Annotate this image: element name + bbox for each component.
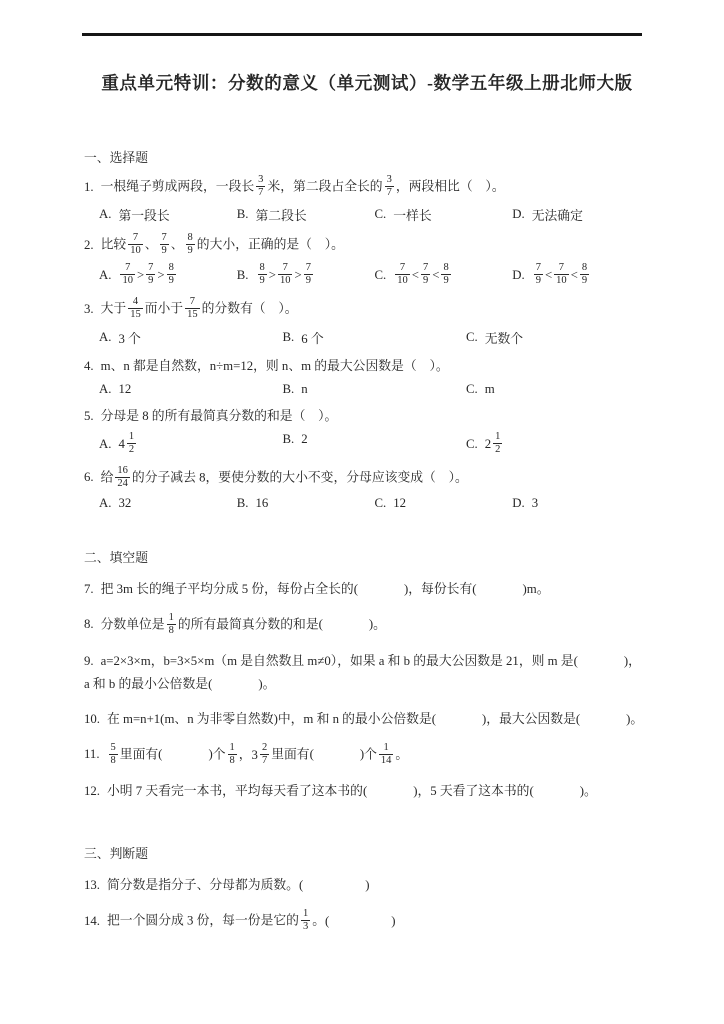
blank-open-paren: ( — [574, 654, 578, 668]
option-label: D. — [512, 496, 524, 511]
option: D.79<710<89 — [512, 263, 650, 288]
question: 1.一根绳子剪成两段，一段长37米，第二段占全长的37，两段相比（ ）。 — [84, 175, 650, 200]
question-number: 12. — [84, 784, 100, 798]
blank-close-paren: ) — [391, 914, 395, 928]
fraction-denominator: 14 — [379, 754, 394, 767]
text-run: 2 — [301, 432, 307, 447]
option-label: B. — [282, 432, 294, 447]
option: C.710<79<89 — [375, 263, 513, 288]
text-run: > — [269, 268, 276, 283]
fraction-numerator: 7 — [421, 262, 430, 274]
fraction-numerator: 3 — [385, 174, 394, 186]
text-run: 、 — [145, 238, 158, 252]
question: 2.比较710、79、89的大小，正确的是（ ）。 — [84, 233, 650, 258]
text-run: 大于 — [101, 302, 127, 316]
question-number: 9. — [84, 654, 94, 668]
fraction: 89 — [580, 262, 589, 287]
option-label: C. — [375, 268, 387, 283]
blank-open-paren: ( — [319, 617, 323, 631]
option: B.6 个 — [282, 328, 465, 347]
option-label: D. — [512, 207, 524, 222]
answer-blank: () — [310, 747, 365, 761]
option: D.无法确定 — [512, 205, 650, 224]
option: C.一样长 — [375, 205, 513, 224]
question-number: 8. — [84, 617, 94, 631]
question: 4.m、n 都是自然数，n÷m=12，则 n、m 的最大公因数是（ ）。 — [84, 356, 650, 377]
option: A.32 — [99, 496, 237, 511]
fraction-numerator: 2 — [260, 742, 269, 754]
text-run: 。 — [584, 784, 597, 798]
question: 3.大于415而小于715的分数有（ ）。 — [84, 297, 650, 322]
question-number: 11. — [84, 747, 100, 761]
options-row: A.412B.2C.212 — [84, 432, 650, 457]
text-run: a=2×3×m，b=3×5×m（m 是自然数且 m≠0），如果 a 和 b 的最… — [101, 654, 574, 668]
fraction: 79 — [160, 232, 169, 257]
fraction-numerator: 7 — [160, 232, 169, 244]
answer-blank: () — [319, 617, 374, 631]
blank-close-paren: ) — [365, 878, 369, 892]
option: B.16 — [237, 496, 375, 511]
fraction-denominator: 10 — [128, 244, 143, 257]
text-run: 里面有 — [120, 747, 158, 761]
text-run: 在 m=n+1(m、n 为非零自然数)中，m 和 n 的最小公倍数是 — [107, 712, 432, 726]
answer-blank: () — [472, 582, 527, 596]
fraction-denominator: 9 — [167, 274, 176, 287]
fraction-numerator: 3 — [256, 174, 265, 186]
question: 10.在 m=n+1(m、n 为非零自然数)中，m 和 n 的最小公倍数是()，… — [84, 708, 650, 731]
text-run: 。 — [312, 914, 325, 928]
mixed-number: 327 — [252, 743, 272, 768]
fraction: 79 — [421, 262, 430, 287]
text-run: < — [432, 268, 439, 283]
blank-open-paren: ( — [325, 914, 329, 928]
fraction-numerator: 7 — [131, 232, 140, 244]
fraction-numerator: 7 — [557, 262, 566, 274]
blank-open-paren: ( — [310, 747, 314, 761]
text-run: 12 — [118, 382, 131, 397]
text-run: 3 — [532, 496, 538, 511]
fraction: 12 — [493, 431, 502, 456]
text-run: 、 — [171, 238, 184, 252]
page-body: 重点单元特训：分数的意义（单元测试）-数学五年级上册北师大版 一、选择题1.一根… — [0, 0, 724, 934]
section-choice: 一、选择题1.一根绳子剪成两段，一段长37米，第二段占全长的37，两段相比（ ）… — [84, 147, 650, 511]
option-label: B. — [237, 268, 249, 283]
option: C.无数个 — [466, 328, 649, 347]
text-run: ， — [628, 654, 641, 668]
fraction: 58 — [109, 742, 118, 767]
option-label: B. — [282, 330, 294, 345]
fraction-numerator: 16 — [115, 465, 130, 477]
text-run: 3 个 — [118, 328, 140, 347]
fraction-numerator: 7 — [304, 262, 313, 274]
option-label: A. — [99, 496, 111, 511]
fraction-denominator: 24 — [115, 477, 130, 490]
fraction: 18 — [228, 742, 237, 767]
section-fill: 二、填空题7.把 3m 长的绳子平均分成 5 份，每份占全长的()，每份长有()… — [84, 547, 650, 803]
text-run: 的分数有（ ）。 — [202, 302, 298, 316]
option: C.m — [466, 382, 649, 397]
fraction-denominator: 9 — [146, 274, 155, 287]
text-run: 分数单位是 — [101, 617, 165, 631]
question-number: 3. — [84, 302, 94, 316]
fraction-numerator: 4 — [131, 296, 140, 308]
option-label: C. — [466, 382, 478, 397]
option: D.3 — [512, 496, 650, 511]
fraction-numerator: 8 — [167, 262, 176, 274]
text-run: 把一个圆分成 3 份，每一份是它的 — [107, 914, 299, 928]
question-number: 1. — [84, 180, 94, 194]
section-heading: 二、填空题 — [84, 547, 650, 566]
text-run: 小明 7 天看完一本书，平均每天看了这本书的 — [107, 784, 363, 798]
text-run: > — [294, 268, 301, 283]
fraction-numerator: 7 — [146, 262, 155, 274]
blank-open-paren: ( — [299, 878, 303, 892]
fraction-denominator: 9 — [258, 274, 267, 287]
fraction-denominator: 2 — [127, 443, 136, 456]
fraction-numerator: 5 — [109, 742, 118, 754]
option: B.n — [282, 382, 465, 397]
fraction: 12 — [127, 431, 136, 456]
fraction-denominator: 15 — [128, 308, 143, 321]
answer-blank: () — [208, 677, 263, 691]
question-number: 5. — [84, 409, 94, 423]
fraction-numerator: 1 — [382, 742, 391, 754]
worksheet-content: 一、选择题1.一根绳子剪成两段，一段长37米，第二段占全长的37，两段相比（ ）… — [84, 147, 650, 934]
text-run: 而小于 — [145, 302, 183, 316]
fraction-denominator: 9 — [304, 274, 313, 287]
options-row: A.第一段长B.第二段长C.一样长D.无法确定 — [84, 205, 650, 224]
question-number: 10. — [84, 712, 100, 726]
fraction-numerator: 7 — [281, 262, 290, 274]
question: 12.小明 7 天看完一本书，平均每天看了这本书的()，5 天看了这本书的()。 — [84, 780, 650, 803]
top-rule — [82, 33, 642, 36]
options-row: A.12B.nC.m — [84, 382, 650, 397]
fraction-denominator: 15 — [185, 308, 200, 321]
text-run: ，5 天看了这本书的 — [417, 784, 529, 798]
section-heading: 一、选择题 — [84, 147, 650, 166]
answer-blank: () — [574, 654, 629, 668]
fraction: 710 — [554, 262, 569, 287]
question-number: 13. — [84, 878, 100, 892]
answer-blank: () — [363, 784, 418, 798]
fraction-denominator: 2 — [493, 443, 502, 456]
text-run: 。 — [263, 677, 276, 691]
question-number: 4. — [84, 359, 94, 373]
text-run: 简分数是指分子、分母都为质数。 — [107, 878, 299, 892]
fraction-denominator: 9 — [186, 244, 195, 257]
text-run: 的分子减去 8，要使分数的大小不变，分母应该变成（ ）。 — [132, 470, 468, 484]
fraction-numerator: 8 — [186, 232, 195, 244]
fraction-numerator: 1 — [167, 612, 176, 624]
fraction-numerator: 1 — [301, 908, 310, 920]
text-run: ，两段相比（ ）。 — [396, 180, 505, 194]
text-run: 第一段长 — [118, 205, 169, 224]
text-run: 的所有最简真分数的和是 — [178, 617, 319, 631]
text-run: > — [157, 268, 164, 283]
options-row: A.32B.16C.12D.3 — [84, 496, 650, 511]
text-run: 一根绳子剪成两段，一段长 — [101, 180, 255, 194]
section-heading: 三、判断题 — [84, 843, 650, 862]
fraction-numerator: 7 — [398, 262, 407, 274]
text-run: m、n 都是自然数，n÷m=12，则 n、m 的最大公因数是（ ）。 — [101, 359, 449, 373]
option: A.第一段长 — [99, 205, 237, 224]
blank-open-paren: ( — [354, 582, 358, 596]
fraction: 1624 — [115, 465, 130, 490]
fraction-denominator: 9 — [534, 274, 543, 287]
section-judge: 三、判断题13.简分数是指分子、分母都为质数。()14.把一个圆分成 3 份，每… — [84, 843, 650, 934]
text-run: 32 — [118, 496, 131, 511]
fraction-denominator: 3 — [301, 920, 310, 933]
option-label: C. — [375, 207, 387, 222]
fraction-numerator: 7 — [534, 262, 543, 274]
answer-blank: () — [158, 747, 213, 761]
fraction-denominator: 10 — [554, 274, 569, 287]
fraction-numerator: 7 — [123, 262, 132, 274]
fraction: 79 — [534, 262, 543, 287]
question-number: 14. — [84, 914, 100, 928]
blank-open-paren: ( — [576, 712, 580, 726]
text-run: 无数个 — [485, 328, 523, 347]
option: B.第二段长 — [237, 205, 375, 224]
fraction: 79 — [146, 262, 155, 287]
text-run: < — [571, 268, 578, 283]
text-run: 比较 — [101, 238, 127, 252]
text-run: 给 — [101, 470, 114, 484]
answer-blank: () — [354, 582, 409, 596]
question-number: 2. — [84, 238, 94, 252]
mixed-whole: 4 — [118, 437, 124, 452]
page-title: 重点单元特训：分数的意义（单元测试）-数学五年级上册北师大版 — [84, 70, 650, 95]
text-run: 把 3m 长的绳子平均分成 5 份，每份占全长的 — [101, 582, 354, 596]
text-run: ，每份长有 — [408, 582, 472, 596]
text-run: 16 — [256, 496, 269, 511]
fraction: 79 — [304, 262, 313, 287]
fraction-denominator: 9 — [580, 274, 589, 287]
option-label: A. — [99, 330, 111, 345]
blank-open-paren: ( — [472, 582, 476, 596]
fraction-denominator: 10 — [120, 274, 135, 287]
option: B.2 — [282, 432, 465, 447]
answer-blank: () — [299, 878, 370, 892]
answer-blank: () — [576, 712, 631, 726]
fraction-numerator: 1 — [228, 742, 237, 754]
fraction: 89 — [167, 262, 176, 287]
text-run: a 和 b 的最小公倍数是 — [84, 677, 208, 691]
option: A.3 个 — [99, 328, 282, 347]
text-run: 分母是 8 的所有最简真分数的和是（ ）。 — [101, 409, 338, 423]
option: A.710>79>89 — [99, 263, 237, 288]
mixed-number: 212 — [485, 432, 505, 457]
question: 6.给1624的分子减去 8，要使分数的大小不变，分母应该变成（ ）。 — [84, 466, 650, 491]
fraction-denominator: 7 — [256, 186, 265, 199]
text-run: 6 个 — [301, 328, 323, 347]
answer-blank: () — [432, 712, 487, 726]
text-run: ， — [239, 747, 252, 761]
mixed-number: 412 — [118, 432, 138, 457]
option: C.212 — [466, 432, 649, 457]
fraction-denominator: 9 — [160, 244, 169, 257]
fraction-denominator: 8 — [109, 754, 118, 767]
fraction-numerator: 8 — [441, 262, 450, 274]
question: 14.把一个圆分成 3 份，每一份是它的13。() — [84, 909, 650, 934]
fraction: 710 — [120, 262, 135, 287]
fraction-denominator: 9 — [421, 274, 430, 287]
text-run: 米，第二段占全长的 — [267, 180, 382, 194]
option-label: A. — [99, 382, 111, 397]
question-number: 7. — [84, 582, 94, 596]
blank-open-paren: ( — [158, 747, 162, 761]
option-label: A. — [99, 437, 111, 452]
fraction-denominator: 8 — [167, 624, 176, 637]
question-number: 6. — [84, 470, 94, 484]
worksheet-page: 重点单元特训：分数的意义（单元测试）-数学五年级上册北师大版 一、选择题1.一根… — [0, 0, 724, 1024]
option: A.12 — [99, 382, 282, 397]
question: 7.把 3m 长的绳子平均分成 5 份，每份占全长的()，每份长有()m。 — [84, 578, 650, 601]
text-run: 无法确定 — [532, 205, 583, 224]
option-label: C. — [375, 496, 387, 511]
blank-open-paren: ( — [363, 784, 367, 798]
fraction: 114 — [379, 742, 394, 767]
question: 13.简分数是指分子、分母都为质数。() — [84, 874, 650, 897]
option-label: C. — [466, 437, 478, 452]
text-run: 里面有 — [271, 747, 309, 761]
question: 11.58里面有()个18，327里面有()个114。 — [84, 743, 650, 768]
text-run: 12 — [393, 496, 406, 511]
fraction-denominator: 10 — [395, 274, 410, 287]
text-run: 一样长 — [393, 205, 431, 224]
option-label: C. — [466, 330, 478, 345]
mixed-whole: 2 — [485, 437, 491, 452]
fraction: 710 — [395, 262, 410, 287]
fraction: 710 — [278, 262, 293, 287]
fraction-denominator: 10 — [278, 274, 293, 287]
fraction-denominator: 9 — [441, 274, 450, 287]
question: 8.分数单位是18的所有最简真分数的和是()。 — [84, 613, 650, 638]
question: 9.a=2×3×m，b=3×5×m（m 是自然数且 m≠0），如果 a 和 b … — [84, 650, 650, 696]
text-run: 。 — [395, 747, 408, 761]
option: A.412 — [99, 432, 282, 457]
question: 5.分母是 8 的所有最简真分数的和是（ ）。 — [84, 406, 650, 427]
text-run: 。 — [373, 617, 386, 631]
fraction: 37 — [385, 174, 394, 199]
fraction: 27 — [260, 742, 269, 767]
fraction: 18 — [167, 612, 176, 637]
text-run: 个 — [364, 747, 377, 761]
text-run: > — [137, 268, 144, 283]
text-run: m。 — [527, 582, 550, 596]
fraction-denominator: 8 — [228, 754, 237, 767]
text-run: m — [485, 382, 495, 397]
fraction: 89 — [186, 232, 195, 257]
option-label: B. — [237, 496, 249, 511]
text-run: 。 — [630, 712, 643, 726]
text-run: 个 — [213, 747, 226, 761]
text-run: 第二段长 — [256, 205, 307, 224]
fraction-denominator: 7 — [385, 186, 394, 199]
answer-blank: () — [325, 914, 396, 928]
options-row: A.3 个B.6 个C.无数个 — [84, 328, 650, 347]
fraction-numerator: 7 — [188, 296, 197, 308]
fraction: 715 — [185, 296, 200, 321]
fraction: 415 — [128, 296, 143, 321]
option-label: D. — [512, 268, 524, 283]
option-label: B. — [282, 382, 294, 397]
fraction-numerator: 8 — [258, 262, 267, 274]
fraction-numerator: 1 — [493, 431, 502, 443]
option: C.12 — [375, 496, 513, 511]
fraction: 13 — [301, 908, 310, 933]
fraction-numerator: 8 — [580, 262, 589, 274]
fraction: 37 — [256, 174, 265, 199]
option: B.89>710>79 — [237, 263, 375, 288]
fraction-denominator: 7 — [260, 754, 269, 767]
text-run: < — [412, 268, 419, 283]
options-row: A.710>79>89B.89>710>79C.710<79<89D.79<71… — [84, 263, 650, 288]
option-label: B. — [237, 207, 249, 222]
text-run: n — [301, 382, 307, 397]
fraction-numerator: 1 — [127, 431, 136, 443]
blank-open-paren: ( — [529, 784, 533, 798]
answer-blank: () — [529, 784, 584, 798]
mixed-whole: 3 — [252, 744, 258, 767]
blank-open-paren: ( — [208, 677, 212, 691]
fraction: 710 — [128, 232, 143, 257]
text-run: ，最大公因数是 — [486, 712, 576, 726]
fraction: 89 — [258, 262, 267, 287]
text-run: < — [545, 268, 552, 283]
fraction: 89 — [441, 262, 450, 287]
option-label: A. — [99, 207, 111, 222]
text-run: 的大小，正确的是（ ）。 — [197, 238, 344, 252]
option-label: A. — [99, 268, 111, 283]
blank-open-paren: ( — [432, 712, 436, 726]
